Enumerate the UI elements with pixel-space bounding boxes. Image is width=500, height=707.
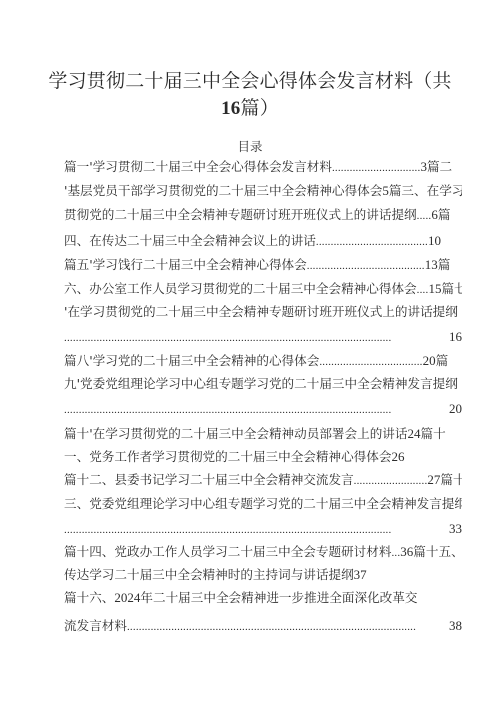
toc-leader-dots: ......................................: [316, 236, 428, 248]
toc-line[interactable]: 四、在传达二十届三中全会精神会议上的讲话....................…: [64, 232, 462, 250]
toc-entry-text: 四、在传达二十届三中全会精神会议上的讲话: [64, 233, 316, 248]
toc-entry-text: 篇十六、: [64, 590, 114, 605]
toc-entry-text: 篇: [438, 207, 451, 222]
toc-entry-text: 九'党委党组理论学习中心组专题学习党的二十届三中全会精神发言提纲: [64, 376, 458, 391]
toc-line[interactable]: '在学习贯彻党的二十届三中全会精神专题研讨班开班仪式上的讲话提纲: [64, 303, 462, 321]
toc-page-number: 27: [427, 472, 440, 487]
toc-line[interactable]: 三、党委党组理论学习中心组专题学习党的二十届三中全会精神发言提纲: [64, 495, 462, 513]
toc-line[interactable]: 篇五'学习饯行二十届三中全会精神心得体会....................…: [64, 256, 462, 274]
toc-line[interactable]: 篇八'学习党的二十届三中全会精神的心得体会...................…: [64, 352, 462, 370]
toc-entry-text: 贯彻党的二十届三中全会精神专题研讨班开班仪式上的讲话提纲: [64, 207, 417, 222]
toc-entry-text: 篇十二、县委书记学习二十届三中全会精神交流发言: [64, 472, 354, 487]
toc-entry-text: 一、党务工作者学习贯彻党的二十届三中全会精神心得体会: [64, 449, 391, 464]
toc-leader-dots: ........................................…: [64, 329, 449, 346]
toc-entry-text: 篇: [438, 257, 451, 272]
toc-page-number: 33: [449, 520, 462, 538]
toc-leader-dots: ...: [391, 547, 400, 559]
toc-page-number: 38: [449, 617, 462, 635]
toc-entry-text: 篇十: [440, 472, 462, 487]
document-title-count: 16: [221, 98, 240, 119]
document-title-line-1: 学习贯彻二十届三中全会心得体会发言材料（共: [0, 66, 500, 93]
toc-page-number: 15: [428, 281, 441, 296]
toc-line[interactable]: 六、办公室工作人员学习贯彻党的二十届三中全会精神心得体会....15篇七: [64, 280, 462, 298]
toc-line[interactable]: 贯彻党的二十届三中全会精神专题研讨班开班仪式上的讲话提纲.....6篇: [64, 206, 462, 224]
toc-entry-text: 篇: [436, 353, 449, 368]
toc-line[interactable]: '基层党员干部学习贯彻党的二十届三中全会精神心得体会5篇三、在学习: [64, 182, 462, 200]
toc-heading: 目录: [0, 137, 500, 155]
toc-entry-text: 篇十: [421, 426, 446, 441]
toc-page-number: 20: [423, 353, 436, 368]
toc-leader-dots: ....: [417, 284, 429, 296]
toc-leader-dots: ........................................: [307, 260, 425, 272]
toc-entry-text: 篇十'在学习贯彻党的二十届三中全会精神动员部署会上的讲话: [64, 426, 408, 441]
toc-leader-dots: ........................................…: [64, 401, 449, 418]
toc-page-number: 36: [400, 544, 413, 559]
toc-line[interactable]: ........................................…: [64, 328, 462, 346]
toc-leader-dots: .........................: [354, 475, 428, 487]
toc-page-number: 26: [391, 449, 404, 464]
toc-leader-dots: ........................................…: [127, 618, 449, 635]
toc-entry-text: 流发言材料: [64, 617, 127, 635]
toc-entry-text: '在学习贯彻党的二十届三中全会精神专题研讨班开班仪式上的讲话提纲: [64, 304, 458, 319]
toc-page-number: 37: [354, 567, 367, 582]
toc-page-number: 13: [425, 257, 438, 272]
toc-entry-text: 六、办公室工作人员学习贯彻党的二十届三中全会精神心得体会: [64, 281, 417, 296]
toc-leader-dots: ...................................: [319, 356, 422, 368]
toc-line[interactable]: 篇一'学习贯彻二十届三中全会心得体会发言材料..................…: [64, 158, 462, 176]
toc-entry-text: 三、党委党组理论学习中心组专题学习党的二十届三中全会精神发言提纲: [64, 496, 462, 511]
toc-entry-text: 篇三、在学习: [389, 183, 462, 198]
toc-leader-dots: ..............................: [332, 162, 421, 174]
toc-entry-text: 年二十届三中全会精神进一步推进全面深化改革交: [140, 590, 417, 605]
toc-page-number: 10: [428, 233, 441, 248]
document-title-suffix: 篇）: [241, 97, 279, 119]
toc-page-number: 24: [408, 426, 421, 441]
toc-line[interactable]: 篇十二、县委书记学习二十届三中全会精神交流发言.................…: [64, 471, 462, 489]
toc-line[interactable]: 一、党务工作者学习贯彻党的二十届三中全会精神心得体会26: [64, 448, 462, 466]
document-title-line-2: 16篇）: [0, 93, 500, 120]
toc-page-number: 16: [449, 328, 462, 346]
toc-line[interactable]: 流发言材料...................................…: [64, 617, 462, 635]
toc-entry-text: 篇十五、: [413, 544, 462, 559]
toc-entry-text: 篇五'学习饯行二十届三中全会精神心得体会: [64, 257, 307, 272]
toc-line[interactable]: 篇十'在学习贯彻党的二十届三中全会精神动员部署会上的讲话24篇十: [64, 425, 462, 443]
toc-entry-text: 篇十四、党政办工作人员学习二十届三中全会专题研讨材料: [64, 544, 391, 559]
toc-entry-text: 传达学习二十届三中全会精神时的主持词与讲话提纲: [64, 567, 354, 582]
toc-line[interactable]: 篇十四、党政办工作人员学习二十届三中全会专题研讨材料...36篇十五、: [64, 543, 462, 561]
toc-line[interactable]: ........................................…: [64, 520, 462, 538]
toc-entry-text: 篇七: [441, 281, 462, 296]
toc-leader-dots: ........................................…: [64, 521, 449, 538]
document-page: 学习贯彻二十届三中全会心得体会发言材料（共 16篇） 目录 篇一'学习贯彻二十届…: [0, 0, 500, 707]
toc-leader-dots: .....: [417, 210, 432, 222]
toc-line[interactable]: 九'党委党组理论学习中心组专题学习党的二十届三中全会精神发言提纲: [64, 375, 462, 393]
toc-entry-text: 篇八'学习党的二十届三中全会精神的心得体会: [64, 353, 319, 368]
toc-entry-text: 篇一'学习贯彻二十届三中全会心得体会发言材料: [64, 159, 332, 174]
toc-line[interactable]: 传达学习二十届三中全会精神时的主持词与讲话提纲37: [64, 566, 462, 584]
toc-year: 2024: [114, 590, 140, 605]
toc-page-number: 20: [449, 400, 462, 418]
toc-entry-text: 篇二: [427, 159, 452, 174]
toc-line[interactable]: ........................................…: [64, 400, 462, 418]
toc-line[interactable]: 篇十六、2024年二十届三中全会精神进一步推进全面深化改革交: [64, 589, 462, 607]
toc-entry-text: '基层党员干部学习贯彻党的二十届三中全会精神心得体会: [64, 183, 382, 198]
